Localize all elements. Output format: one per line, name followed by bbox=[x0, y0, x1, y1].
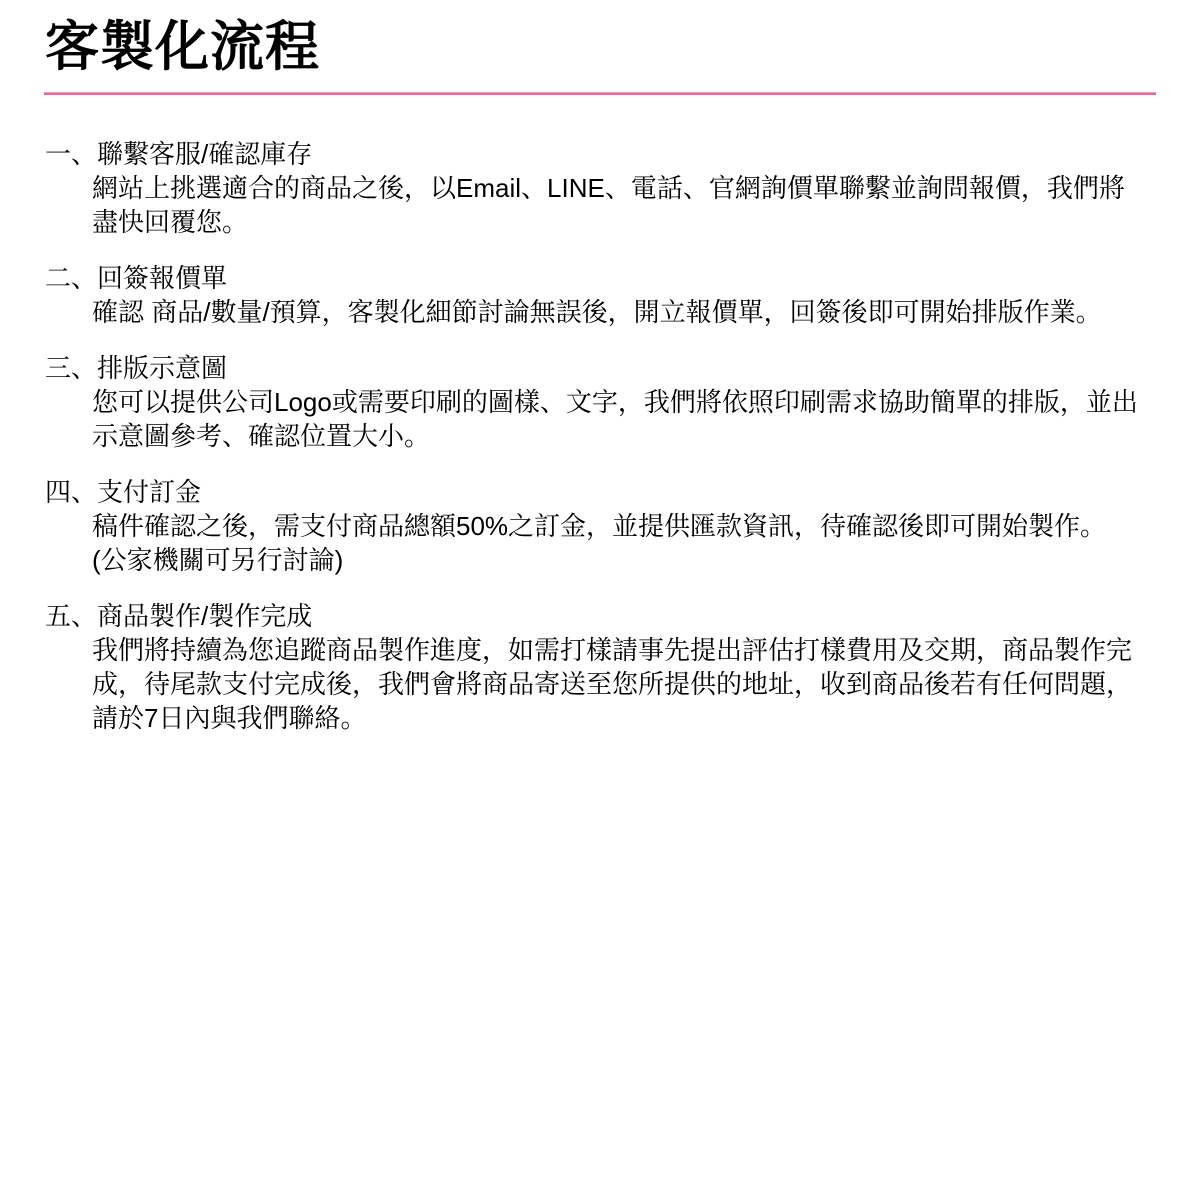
step-body: 稿件確認之後，需支付商品總額50%之訂金，並提供匯款資訊，待確認後即可開始製作。… bbox=[92, 509, 1140, 577]
step-heading: 商品製作/製作完成 bbox=[97, 599, 1140, 633]
step-paragraph: 我們將持續為您追蹤商品製作進度，如需打樣請事先提出評估打樣費用及交期，商品製作完… bbox=[92, 633, 1140, 735]
step-paragraph: 確認 商品/數量/預算，客製化細節討論無誤後，開立報價單，回簽後即可開始排版作業… bbox=[92, 295, 1140, 329]
step-number: 一、 bbox=[45, 137, 97, 171]
step-heading: 聯繫客服/確認庫存 bbox=[97, 137, 1140, 171]
step-number: 四、 bbox=[45, 475, 97, 509]
step-section-4: 四、 支付訂金 稿件確認之後，需支付商品總額50%之訂金，並提供匯款資訊，待確認… bbox=[45, 475, 1140, 577]
step-paragraph: 您可以提供公司Logo或需要印刷的圖樣、文字，我們將依照印刷需求協助簡單的排版，… bbox=[92, 385, 1140, 453]
step-section-3: 三、 排版示意圖 您可以提供公司Logo或需要印刷的圖樣、文字，我們將依照印刷需… bbox=[45, 351, 1140, 453]
step-heading-row: 一、 聯繫客服/確認庫存 bbox=[45, 137, 1140, 171]
step-heading-row: 五、 商品製作/製作完成 bbox=[45, 599, 1140, 633]
step-section-1: 一、 聯繫客服/確認庫存 網站上挑選適合的商品之後，以Email、LINE、電話… bbox=[45, 137, 1140, 239]
step-paragraph: (公家機關可另行討論) bbox=[92, 543, 1140, 577]
step-paragraph: 稿件確認之後，需支付商品總額50%之訂金，並提供匯款資訊，待確認後即可開始製作。 bbox=[92, 509, 1140, 543]
step-number: 五、 bbox=[45, 599, 97, 633]
step-heading: 排版示意圖 bbox=[97, 351, 1140, 385]
step-heading-row: 四、 支付訂金 bbox=[45, 475, 1140, 509]
step-heading-row: 三、 排版示意圖 bbox=[45, 351, 1140, 385]
step-section-5: 五、 商品製作/製作完成 我們將持續為您追蹤商品製作進度，如需打樣請事先提出評估… bbox=[45, 599, 1140, 735]
step-heading: 支付訂金 bbox=[97, 475, 1140, 509]
step-number: 二、 bbox=[45, 261, 97, 295]
step-paragraph: 網站上挑選適合的商品之後，以Email、LINE、電話、官網詢價單聯繫並詢問報價… bbox=[92, 171, 1140, 239]
title-divider bbox=[44, 92, 1156, 95]
step-body: 確認 商品/數量/預算，客製化細節討論無誤後，開立報價單，回簽後即可開始排版作業… bbox=[92, 295, 1140, 329]
step-section-2: 二、 回簽報價單 確認 商品/數量/預算，客製化細節討論無誤後，開立報價單，回簽… bbox=[45, 261, 1140, 329]
step-body: 我們將持續為您追蹤商品製作進度，如需打樣請事先提出評估打樣費用及交期，商品製作完… bbox=[92, 633, 1140, 735]
page: 客製化流程 一、 聯繫客服/確認庫存 網站上挑選適合的商品之後，以Email、L… bbox=[0, 0, 1181, 1181]
step-body: 您可以提供公司Logo或需要印刷的圖樣、文字，我們將依照印刷需求協助簡單的排版，… bbox=[92, 385, 1140, 453]
step-heading: 回簽報價單 bbox=[97, 261, 1140, 295]
steps-list: 一、 聯繫客服/確認庫存 網站上挑選適合的商品之後，以Email、LINE、電話… bbox=[45, 137, 1140, 735]
page-title: 客製化流程 bbox=[45, 16, 1140, 78]
step-body: 網站上挑選適合的商品之後，以Email、LINE、電話、官網詢價單聯繫並詢問報價… bbox=[92, 171, 1140, 239]
step-number: 三、 bbox=[45, 351, 97, 385]
step-heading-row: 二、 回簽報價單 bbox=[45, 261, 1140, 295]
